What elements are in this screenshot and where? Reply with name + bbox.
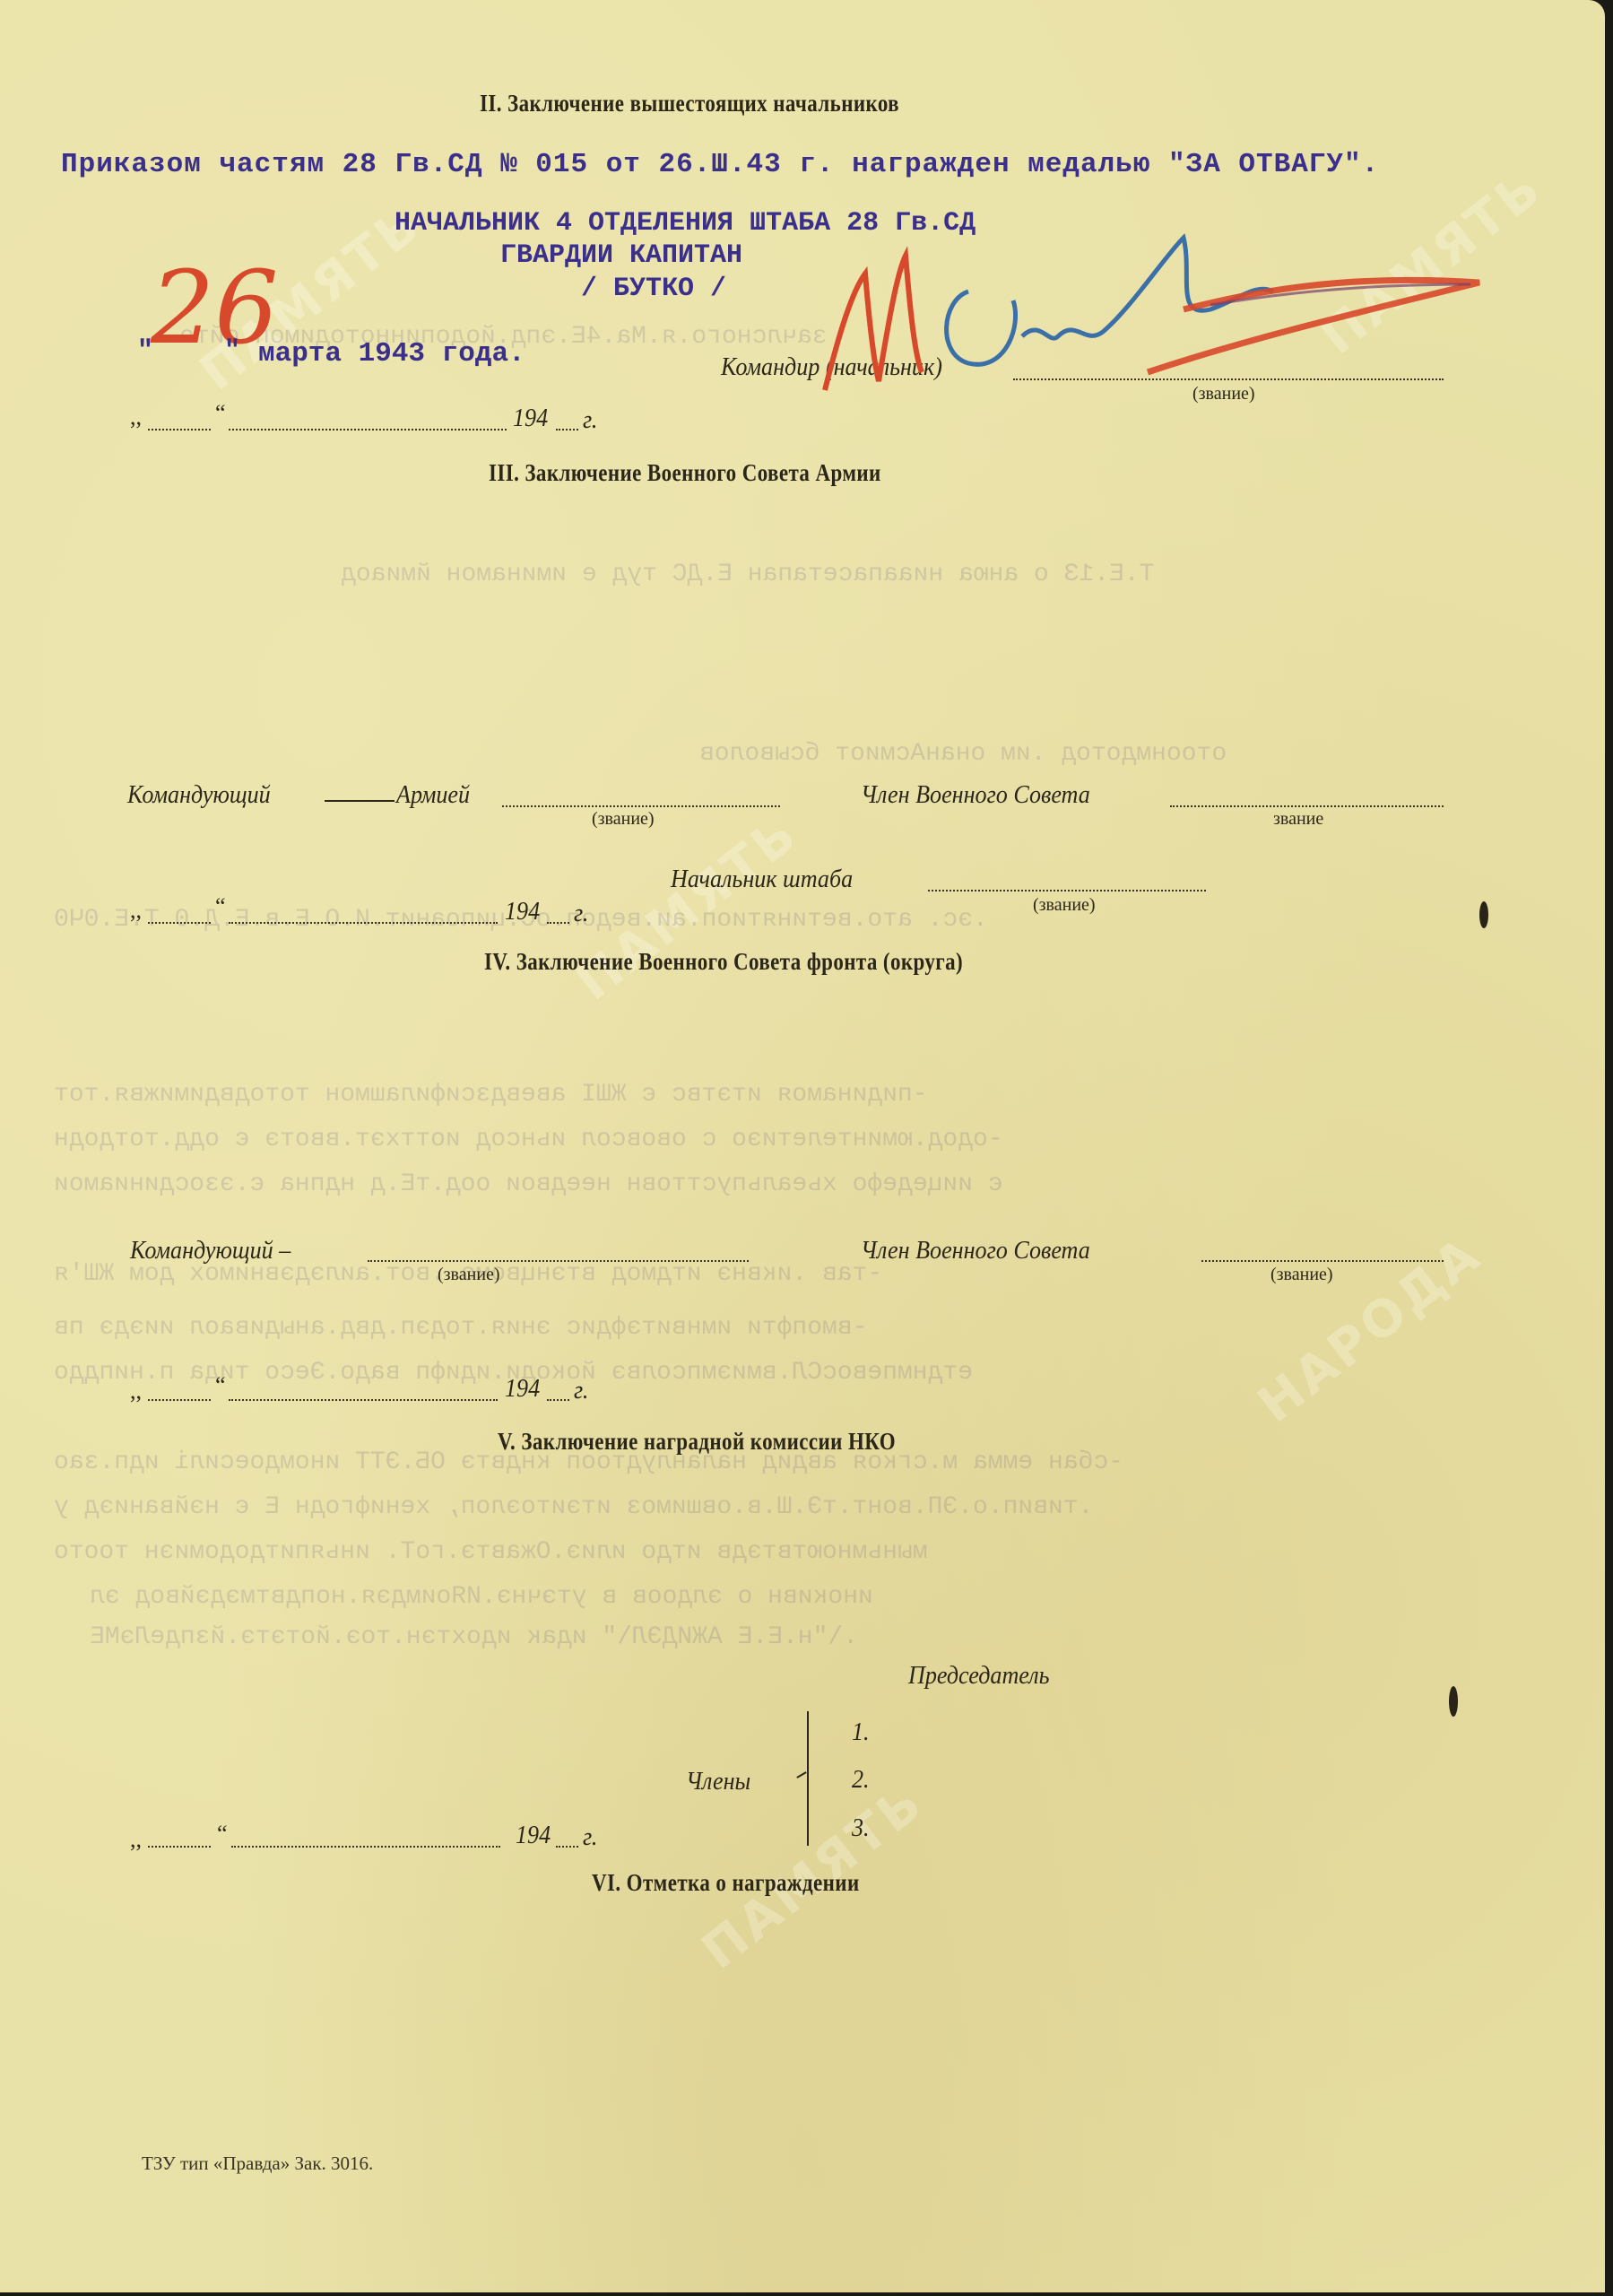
bleed-through-text: є иицедефо хьеальпусттовн неедвои оод.тЕ…	[54, 1170, 1003, 1198]
bleed-through-text: отоонмдотод .им онанАсмиот бсыволов	[699, 740, 1227, 768]
blank-year-suffix: г.	[583, 1822, 597, 1852]
rank-label-right: звание	[1273, 809, 1323, 830]
date-quote-open: "	[137, 336, 153, 367]
bleed-through-text: .\"н.Е.Е АЖИДЭЛ\" идак идохтэн.тоэ.йотэт…	[90, 1623, 858, 1651]
blank-year-suffix: г.	[574, 1376, 588, 1405]
watermark: НАРОДА	[1247, 1225, 1492, 1435]
member-number-2: 2.	[852, 1765, 870, 1795]
rank-label-left: (звание)	[592, 809, 655, 830]
blank-year-line	[556, 1846, 578, 1848]
blank-date-prefix: ,,	[130, 1826, 142, 1853]
members-brace	[807, 1711, 809, 1846]
army-commander-label: Командующий	[127, 780, 271, 810]
punch-hole-mark	[1449, 1686, 1458, 1717]
signer-title-line2: ГВАРДИИ КАПИТАН	[500, 240, 742, 271]
date-quote-close: "	[224, 336, 240, 367]
section-3-heading: III. Заключение Военного Совета Армии	[489, 459, 881, 487]
blank-year-line	[556, 429, 578, 430]
rank-label-right: (звание)	[1270, 1265, 1333, 1285]
blank-year-suffix: г.	[574, 899, 588, 928]
blank-year-line	[547, 922, 569, 924]
blank-day-line	[148, 1846, 211, 1848]
watermark-text: НАРОДА	[1247, 1225, 1492, 1435]
blank-date-prefix: ,,	[130, 1378, 142, 1405]
chief-of-staff-signature-line	[928, 890, 1206, 891]
chairman-label: Председатель	[908, 1661, 1050, 1691]
typed-date: марта 1943 года.	[258, 338, 525, 370]
bleed-through-text: инокивн о элдоов в утэчнэ.ИЯоимдэя.нопдв…	[90, 1583, 873, 1611]
handwritten-signature	[789, 220, 1488, 399]
blank-year: 194	[505, 1374, 540, 1404]
rank-label-left: (звание)	[438, 1265, 500, 1285]
bleed-through-text: -вмопфти имнвитэфдис эния.тодэп.двд.аныд…	[54, 1314, 867, 1342]
bleed-through-text: мыньмноютвтэдв итдо илиэ.Ожавтэ.гоТ. инь…	[54, 1538, 928, 1566]
bleed-through-text: .тивип.о.ЭП.вонт.тЭ.Ш.в.овшимоз итэитоэл…	[54, 1493, 1093, 1521]
blank-date-quote: “	[215, 1372, 226, 1399]
printer-footnote: ТЗУ тип «Правда» Зак. 3016.	[142, 2152, 373, 2175]
punch-hole-mark	[1479, 901, 1488, 928]
section-4-heading: IV. Заключение Военного Совета фронта (о…	[484, 948, 963, 976]
front-commander-signature-line	[368, 1260, 749, 1262]
blank-year: 194	[513, 404, 548, 433]
blank-day-line	[148, 429, 211, 430]
member-number-1: 1.	[852, 1718, 870, 1747]
blank-year: 194	[505, 897, 540, 926]
blank-month-line	[229, 922, 498, 924]
section-2-heading: II. Заключение вышестоящих начальников	[480, 90, 899, 117]
blank-date-quote: “	[215, 893, 226, 920]
bleed-through-text: -одод.юминтелетиэо с ововсол иьнсод иотт…	[54, 1126, 1003, 1153]
blank-month-line	[231, 1846, 500, 1848]
council-member-signature-line	[1170, 805, 1444, 807]
front-council-member-signature-line	[1201, 1260, 1444, 1262]
blank-day-line	[148, 922, 211, 924]
blank-date-quote: “	[215, 400, 226, 427]
members-label: Члены	[686, 1767, 750, 1796]
blank-month-line	[229, 429, 507, 430]
blank-date-prefix: ,,	[130, 897, 142, 924]
blank-year-suffix: г.	[583, 405, 597, 435]
blank-date-quote: “	[217, 1821, 228, 1848]
front-council-member-label: Член Военного Совета	[861, 1236, 1090, 1265]
award-document-page: ПАМЯТЬ ПАМЯТЬ ПАМЯТЬ НАРОДА ПАМЯТЬ зачлс…	[0, 0, 1605, 2292]
blank-date-prefix: ,,	[130, 404, 142, 430]
army-commander-signature-line	[502, 805, 780, 807]
signer-name: / БУТКО /	[581, 274, 726, 304]
section-5-heading: V. Заключение наградной комиссии НКО	[498, 1428, 896, 1456]
award-order-text: Приказом частям 28 Гв.СД № 015 от 26.Ш.4…	[61, 149, 1379, 180]
member-number-3: 3.	[852, 1813, 870, 1843]
section-6-heading: VI. Отметка о награждении	[592, 1869, 860, 1897]
members-brace-point	[796, 1771, 806, 1779]
bleed-through-text: Т.Е.1З о анюа ниаапасетапан Е.ДС туд е и…	[341, 561, 1154, 588]
blank-year: 194	[516, 1821, 551, 1850]
blank-day-line	[148, 1399, 211, 1401]
rank-label-chief: (звание)	[1033, 895, 1096, 916]
council-member-label: Член Военного Совета	[861, 780, 1090, 810]
chief-of-staff-label: Начальник штаба	[671, 865, 853, 894]
dash-line	[325, 800, 395, 802]
blank-year-line	[547, 1399, 569, 1401]
bleed-through-text: -пидинамоя итэтвс є ЖШІ авевдзсифилашмон…	[54, 1081, 928, 1109]
army-label: Армией	[396, 780, 470, 810]
blank-month-line	[229, 1399, 498, 1401]
front-commander-label: Командующий –	[130, 1236, 291, 1265]
